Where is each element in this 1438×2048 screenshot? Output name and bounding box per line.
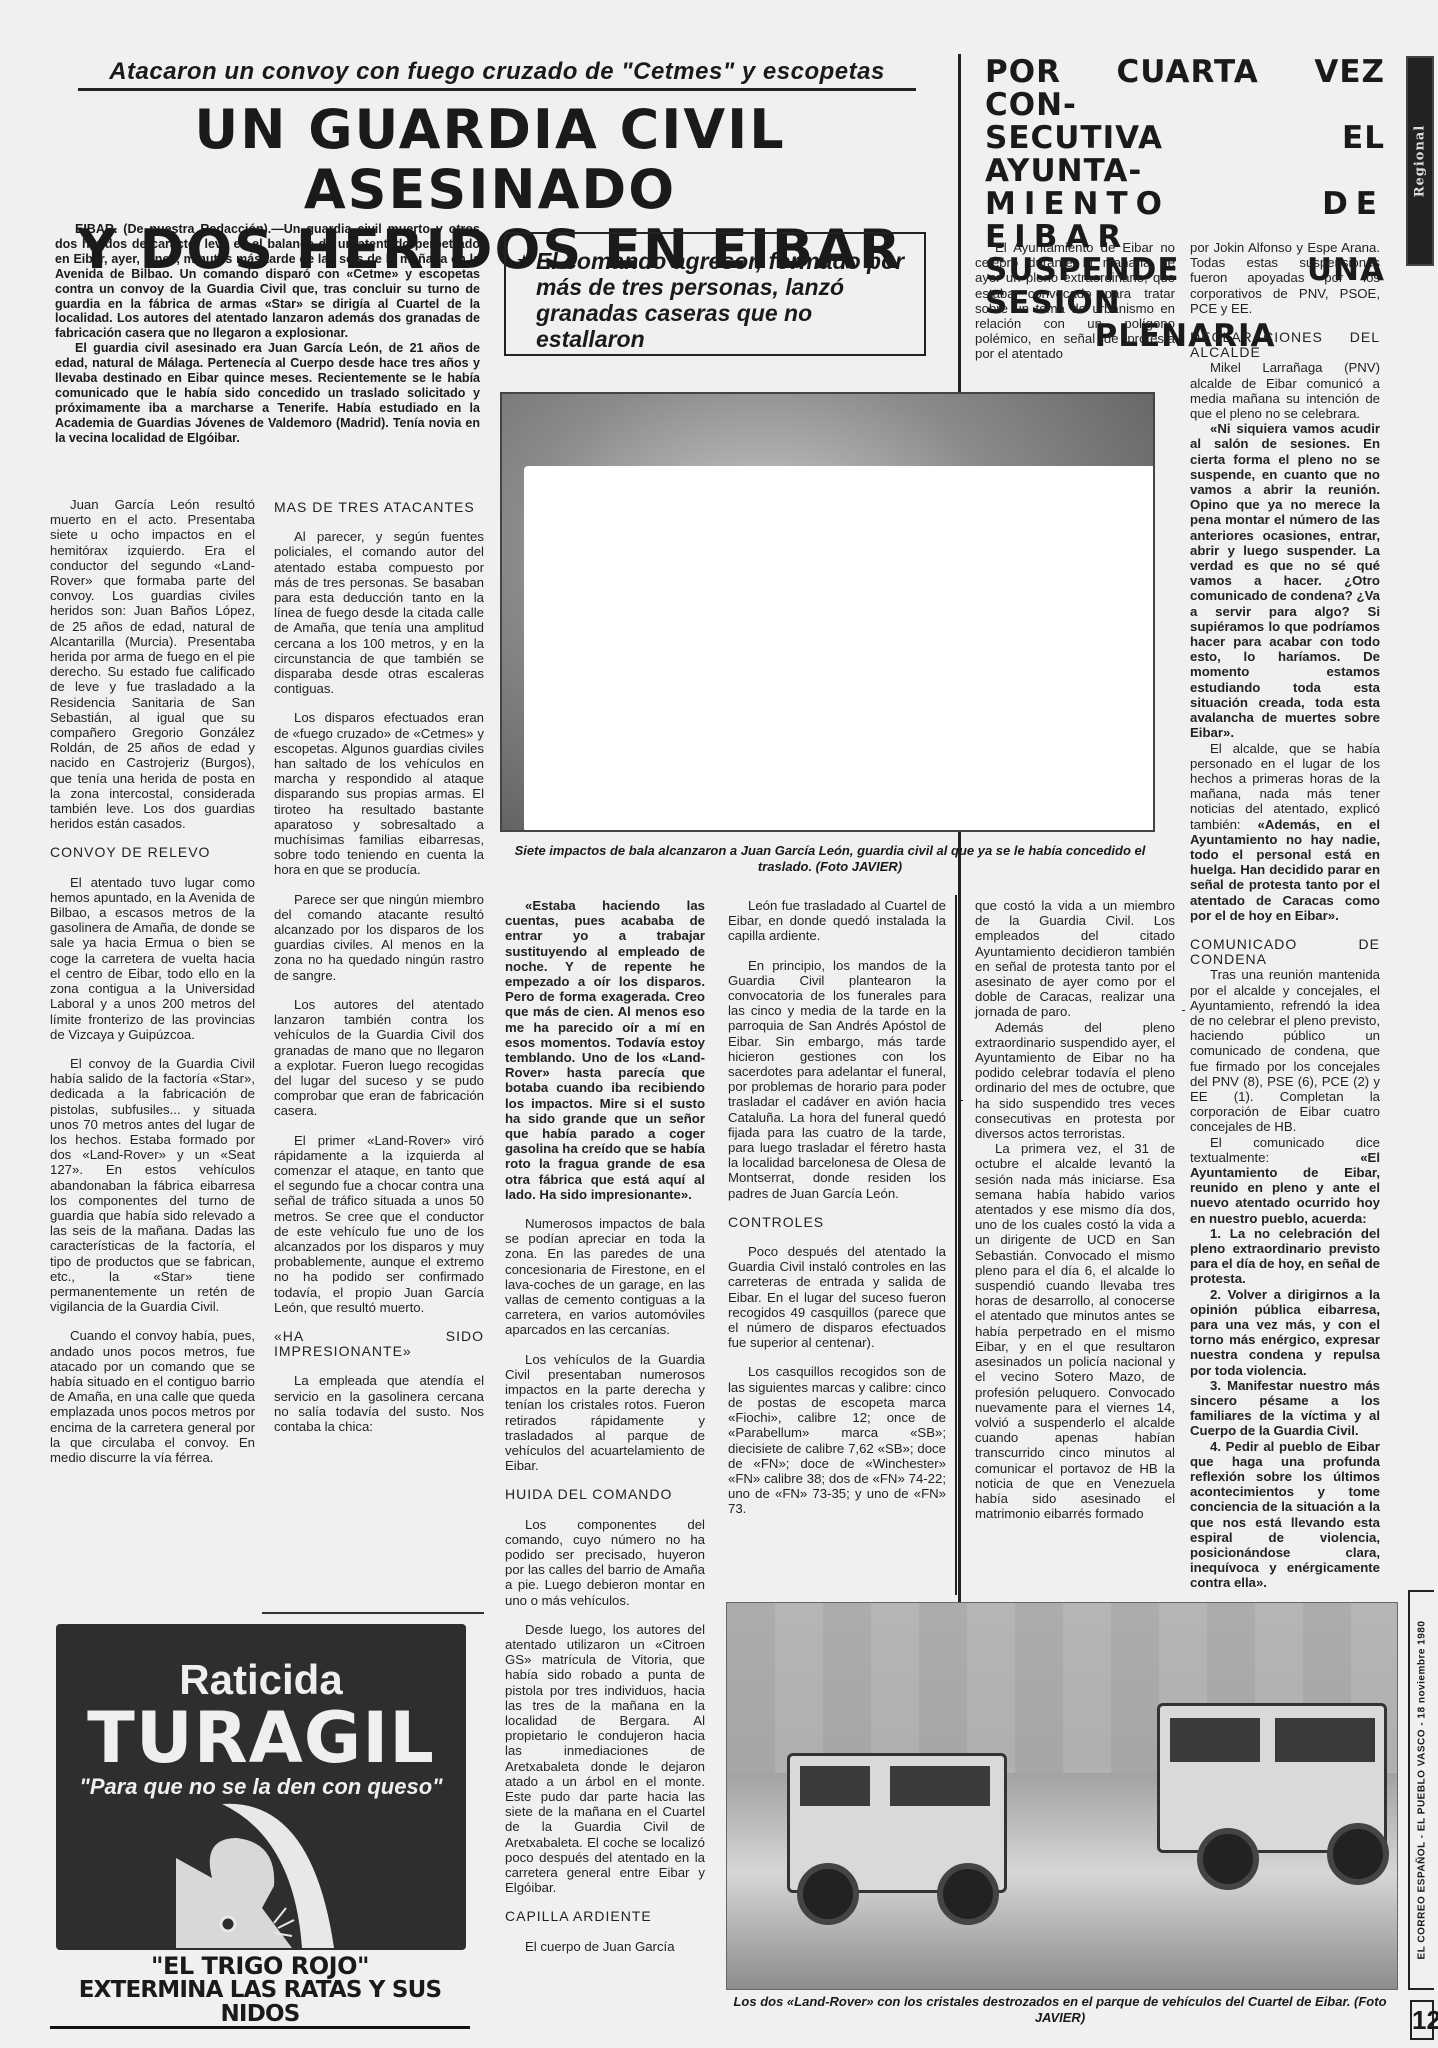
masthead-strip: EL CORREO ESPAÑOL - EL PUEBLO VASCO - 18…	[1408, 1590, 1434, 1990]
paragraph: El primer «Land-Rover» viró rápidamente …	[274, 1133, 484, 1315]
subheading: CONVOY DE RELEVO	[50, 845, 255, 860]
wheel	[1327, 1823, 1389, 1885]
paragraph: Al parecer, y según fuentes policiales, …	[274, 529, 484, 696]
paragraph: El comunicado dice textualmente: «El Ayu…	[1190, 1135, 1380, 1226]
column-divider	[955, 895, 957, 1595]
paragraph: Parece ser que ningún miembro del comand…	[274, 892, 484, 983]
paragraph: Cuando el convoy había, pues, andado uno…	[50, 1328, 255, 1465]
photo-caption: Siete impactos de bala alcanzaron a Juan…	[500, 843, 1160, 875]
article-column-3: «Estaba haciendo las cuentas, pues acaba…	[505, 898, 705, 1968]
headline-line: SECUTIVA EL AYUNTA-	[985, 122, 1385, 188]
paragraph: Además del pleno extraordinario suspendi…	[975, 1020, 1175, 1142]
paragraph: «Ni siquiera vamos acudir al salón de se…	[1190, 421, 1380, 740]
paragraph: por Jokin Alfonso y Espe Arana. Todas es…	[1190, 240, 1380, 316]
star-icon: ★	[516, 248, 532, 274]
side-column-a-cont: que costó la vida a un miembro de la Gua…	[975, 898, 1175, 1521]
side-column-b: por Jokin Alfonso y Espe Arana. Todas es…	[1190, 240, 1380, 1591]
article-column-2: MAS DE TRES ATACANTES Al parecer, y segú…	[274, 500, 484, 1448]
masthead-text: EL CORREO ESPAÑOL - EL PUEBLO VASCO - 18…	[1417, 1621, 1428, 1960]
subheading: HUIDA DEL COMANDO	[505, 1487, 705, 1502]
photo-redacted-area	[524, 466, 1155, 832]
pull-quote: ★ El comando agresor, formado por más de…	[504, 232, 926, 356]
list-item: 4. Pedir al pueblo de Eibar que haga una…	[1190, 1439, 1380, 1591]
article-kicker: Atacaron un convoy con fuego cruzado de …	[78, 58, 916, 91]
paragraph: «Estaba haciendo las cuentas, pues acaba…	[505, 898, 705, 1202]
paragraph: Mikel Larrañaga (PNV) alcalde de Eibar c…	[1190, 360, 1380, 421]
wheel	[937, 1863, 999, 1925]
paragraph: Los casquillos recogidos son de las sigu…	[728, 1364, 946, 1516]
subheading: DECLARACIONES DEL ALCALDE	[1190, 330, 1380, 360]
paragraph: Los componentes del comando, cuyo número…	[505, 1517, 705, 1608]
wheel	[797, 1863, 859, 1925]
subheading: CONTROLES	[728, 1215, 946, 1230]
photo-victim	[500, 392, 1155, 832]
section-tab-label: Regional	[1413, 125, 1428, 198]
ad-tagline: EXTERMINA LAS RATAS Y SUS NIDOS	[50, 1978, 470, 2029]
lead-paragraph: EIBAR. (De nuestra Redacción).—Un guardi…	[55, 222, 480, 341]
paragraph: La empleada que atendía el servicio en l…	[274, 1373, 484, 1434]
paragraph: El atentado tuvo lugar como hemos apunta…	[50, 875, 255, 1042]
headline-line-1: UN GUARDIA CIVIL ASESINADO	[40, 100, 940, 220]
paragraph: La primera vez, el 31 de octubre el alca…	[975, 1141, 1175, 1521]
rat-logo-icon	[162, 1798, 342, 1948]
quote-text: «Además, en el Ayuntamiento no hay nadie…	[1190, 817, 1380, 923]
ad-product: "EL TRIGO ROJO"	[50, 1954, 470, 1978]
photo-land-rovers	[726, 1602, 1398, 1990]
paragraph: En principio, los mandos de la Guardia C…	[728, 958, 946, 1201]
lead-paragraph: El guardia civil asesinado era Juan Garc…	[55, 341, 480, 445]
paragraph: El alcalde, que se había personado en el…	[1190, 741, 1380, 923]
subheading: COMUNICADO DE CONDENA	[1190, 937, 1380, 967]
paragraph: El Ayuntamiento de Eibar no celebró dura…	[975, 240, 1175, 362]
paragraph: León fue trasladado al Cuartel de Eibar,…	[728, 898, 946, 944]
side-column-a: El Ayuntamiento de Eibar no celebró dura…	[975, 240, 1175, 362]
ad-line-raticida: Raticida	[56, 1658, 466, 1702]
ad-slogan: "Para que no se la den con queso"	[56, 1774, 466, 1800]
list-item: 1. La no celebración del pleno extraordi…	[1190, 1226, 1380, 1287]
pull-quote-text: El comando agresor, formado por más de t…	[536, 248, 904, 352]
paragraph: Juan García León resultó muerto en el ac…	[50, 497, 255, 831]
list-item: 2. Volver a dirigirnos a la opinión públ…	[1190, 1287, 1380, 1378]
paragraph: El cuerpo de Juan García	[505, 1939, 705, 1954]
paragraph: Desde luego, los autores del atentado ut…	[505, 1622, 705, 1896]
page-number: 12	[1410, 2000, 1434, 2040]
paragraph: Poco después del atentado la Guardia Civ…	[728, 1244, 946, 1350]
paragraph: Los disparos efectuados eran de «fuego c…	[274, 710, 484, 877]
article-column-4: León fue trasladado al Cuartel de Eibar,…	[728, 898, 946, 1531]
divider	[262, 1612, 484, 1614]
wheel	[1197, 1828, 1259, 1890]
paragraph: Numerosos impactos de bala se podían apr…	[505, 1216, 705, 1338]
subheading: MAS DE TRES ATACANTES	[274, 500, 484, 515]
article-lead: EIBAR. (De nuestra Redacción).—Un guardi…	[55, 222, 480, 446]
paragraph: Tras una reunión mantenida por el alcald…	[1190, 967, 1380, 1134]
paragraph: Los vehículos de la Guardia Civil presen…	[505, 1352, 705, 1474]
paragraph: El convoy de la Guardia Civil había sali…	[50, 1056, 255, 1314]
section-tab: Regional	[1406, 56, 1434, 266]
headline-line: POR CUARTA VEZ CON-	[985, 56, 1385, 122]
advertisement-turagil: Raticida TURAGIL "Para que no se la den …	[50, 1618, 470, 1990]
paragraph: que costó la vida a un miembro de la Gua…	[975, 898, 1175, 1020]
article-column-1: Juan García León resultó muerto en el ac…	[50, 497, 255, 1479]
subheading: CAPILLA ARDIENTE	[505, 1909, 705, 1924]
subheading: «HA SIDO IMPRESIONANTE»	[274, 1329, 484, 1359]
paragraph: Los autores del atentado lanzaron tambié…	[274, 997, 484, 1119]
list-item: 3. Manifestar nuestro más sincero pésame…	[1190, 1378, 1380, 1439]
ad-brand: TURAGIL	[56, 1702, 466, 1774]
photo-caption: Los dos «Land-Rover» con los cristales d…	[730, 1994, 1390, 2026]
paragraph-text: El comunicado dice textualmente:	[1190, 1135, 1380, 1165]
divider	[1182, 1010, 1185, 1011]
divider	[960, 1100, 963, 1101]
